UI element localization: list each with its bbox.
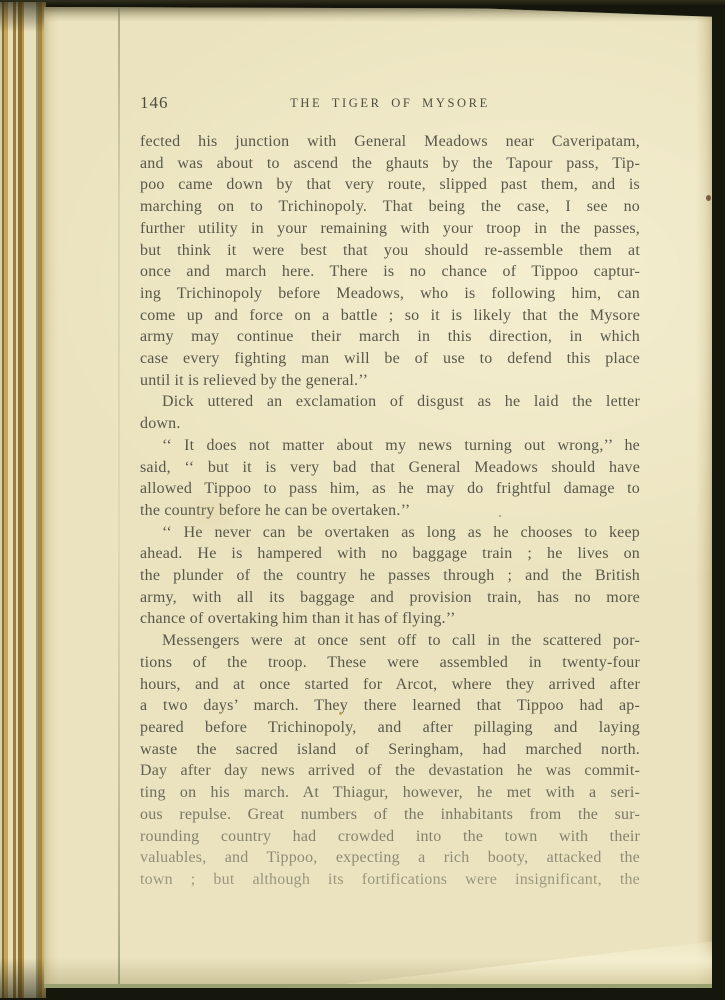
text-line: until it is relieved by the general.’’ [140, 370, 640, 392]
text-line: army may continue their march in this di… [140, 326, 640, 348]
text-line: army, with all its baggage and provision… [140, 587, 640, 609]
scanned-book-page: 146 THE TIGER OF MYSORE fected his junct… [0, 0, 725, 1000]
book-page: 146 THE TIGER OF MYSORE fected his junct… [44, 7, 712, 988]
paper-speck [499, 515, 501, 517]
text-line: the plunder of the country he passes thr… [140, 565, 640, 587]
text-line: town ; but although its fortifications w… [140, 869, 640, 891]
text-line: once and march here. There is no chance … [140, 261, 640, 283]
paper-speck [339, 712, 342, 715]
text-line: Dick uttered an exclamation of disgust a… [140, 391, 640, 413]
text-line: a two days’ march. They there learned th… [140, 695, 640, 717]
text-line: chance of overtaking him than it has of … [140, 608, 640, 630]
text-line: valuables, and Tippoo, expecting a rich … [140, 847, 640, 869]
page-header-row: 146 THE TIGER OF MYSORE [140, 93, 640, 117]
paper-speck [706, 195, 711, 201]
book-fore-edge-pages [0, 2, 46, 998]
text-line: hours, and at once started for Arcot, wh… [140, 674, 640, 696]
text-line: Day after day news arrived of the devast… [140, 760, 640, 782]
text-line: case every fighting man will be of use t… [140, 348, 640, 370]
text-line: ‘‘ It does not matter about my news turn… [140, 435, 640, 457]
text-line: come up and force on a battle ; so it is… [140, 305, 640, 327]
text-line: said, ‘‘ but it is very bad that General… [140, 457, 640, 479]
paper-stain [174, 487, 244, 537]
text-line: and was about to ascend the ghauts by th… [140, 153, 640, 175]
page-curl-highlight [344, 932, 712, 984]
text-line: further utility in your remaining with y… [140, 218, 640, 240]
text-line: ous repulse. Great numbers of the inhabi… [140, 804, 640, 826]
text-line: but think it were best that you should r… [140, 240, 640, 262]
text-line: poo came down by that very route, slippe… [140, 174, 640, 196]
text-line: fected his junction with General Meadows… [140, 131, 640, 153]
text-line: peared before Trichinopoly, and after pi… [140, 717, 640, 739]
running-header: THE TIGER OF MYSORE [140, 96, 640, 111]
text-line: ahead. He is hampered with no baggage tr… [140, 543, 640, 565]
text-line: rounding country had crowded into the to… [140, 826, 640, 848]
text-line: ting on his march. At Thiagur, however, … [140, 782, 640, 804]
text-line: ing Trichinopoly before Meadows, who is … [140, 283, 640, 305]
page-gutter-crease [118, 7, 120, 984]
text-line: tions of the troop. These were assembled… [140, 652, 640, 674]
text-line: Messengers were at once sent off to call… [140, 630, 640, 652]
text-line: down. [140, 413, 640, 435]
text-line: marching on to Trichinopoly. That being … [140, 196, 640, 218]
text-line: waste the sacred island of Seringham, ha… [140, 739, 640, 761]
